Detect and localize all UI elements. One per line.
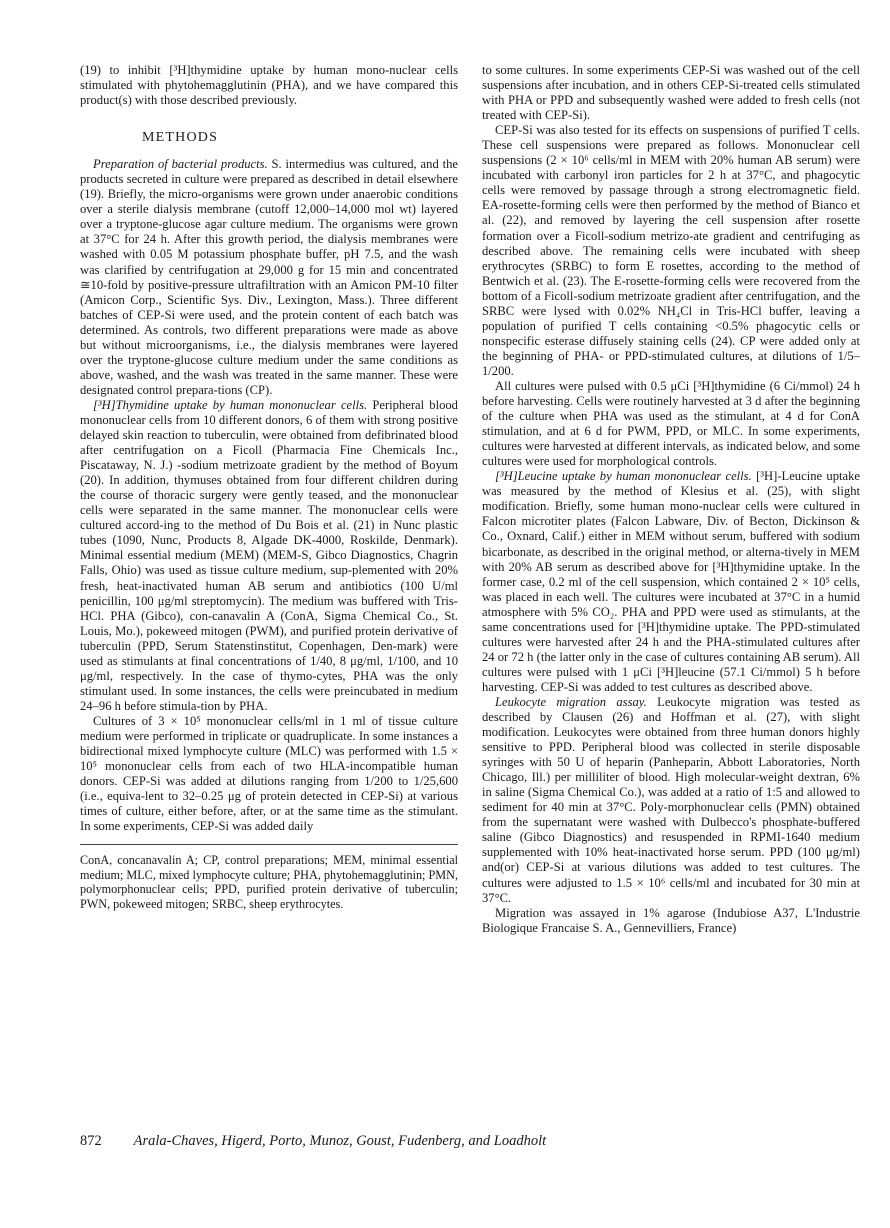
paragraph-migration-agarose: Migration was assayed in 1% agarose (Ind… <box>482 906 860 936</box>
paragraph-t-cells: CEP-Si was also tested for its effects o… <box>482 123 860 379</box>
paragraph-leukocyte-migration: Leukocyte migration assay. Leukocyte mig… <box>482 695 860 906</box>
paragraph-cultures: Cultures of 3 × 10⁵ mononuclear cells/ml… <box>80 714 458 834</box>
paragraph-leucine-uptake: [³H]Leucine uptake by human mononuclear … <box>482 469 860 695</box>
abbreviations-footnote: ConA, concanavalin A; CP, control prepar… <box>80 853 458 911</box>
intro-paragraph: (19) to inhibit [³H]thymidine uptake by … <box>80 63 458 108</box>
page-footer: 872 Arala-Chaves, Higerd, Porto, Munoz, … <box>80 1133 546 1150</box>
paragraph-pulsing: All cultures were pulsed with 0.5 μCi [³… <box>482 379 860 469</box>
paragraph-bacterial-products: Preparation of bacterial products. S. in… <box>80 157 458 398</box>
runin-heading: Leukocyte migration assay. <box>495 695 647 709</box>
paragraph-continuation: to some cultures. In some experiments CE… <box>482 63 860 123</box>
paragraph-thymidine-uptake: [³H]Thymidine uptake by human mononuclea… <box>80 398 458 714</box>
paragraph-body: Leukocyte migration was tested as descri… <box>482 695 860 905</box>
runin-heading: [³H]Thymidine uptake by human mononuclea… <box>93 398 367 412</box>
page-number: 872 <box>80 1133 130 1150</box>
left-column: (19) to inhibit [³H]thymidine uptake by … <box>80 63 458 912</box>
paragraph-body: S. intermedius was cultured, and the pro… <box>80 157 458 397</box>
running-authors: Arala-Chaves, Higerd, Porto, Munoz, Gous… <box>134 1133 547 1149</box>
runin-heading: Preparation of bacterial products. <box>93 157 268 171</box>
paragraph-body: [³H]-Leucine uptake was measured by the … <box>482 469 860 694</box>
right-column: to some cultures. In some experiments CE… <box>482 63 860 936</box>
footnote-divider <box>80 844 458 845</box>
runin-heading: [³H]Leucine uptake by human mononuclear … <box>495 469 752 483</box>
section-heading-methods: METHODS <box>142 130 458 145</box>
paragraph-body: Peripheral blood mononuclear cells from … <box>80 398 458 713</box>
